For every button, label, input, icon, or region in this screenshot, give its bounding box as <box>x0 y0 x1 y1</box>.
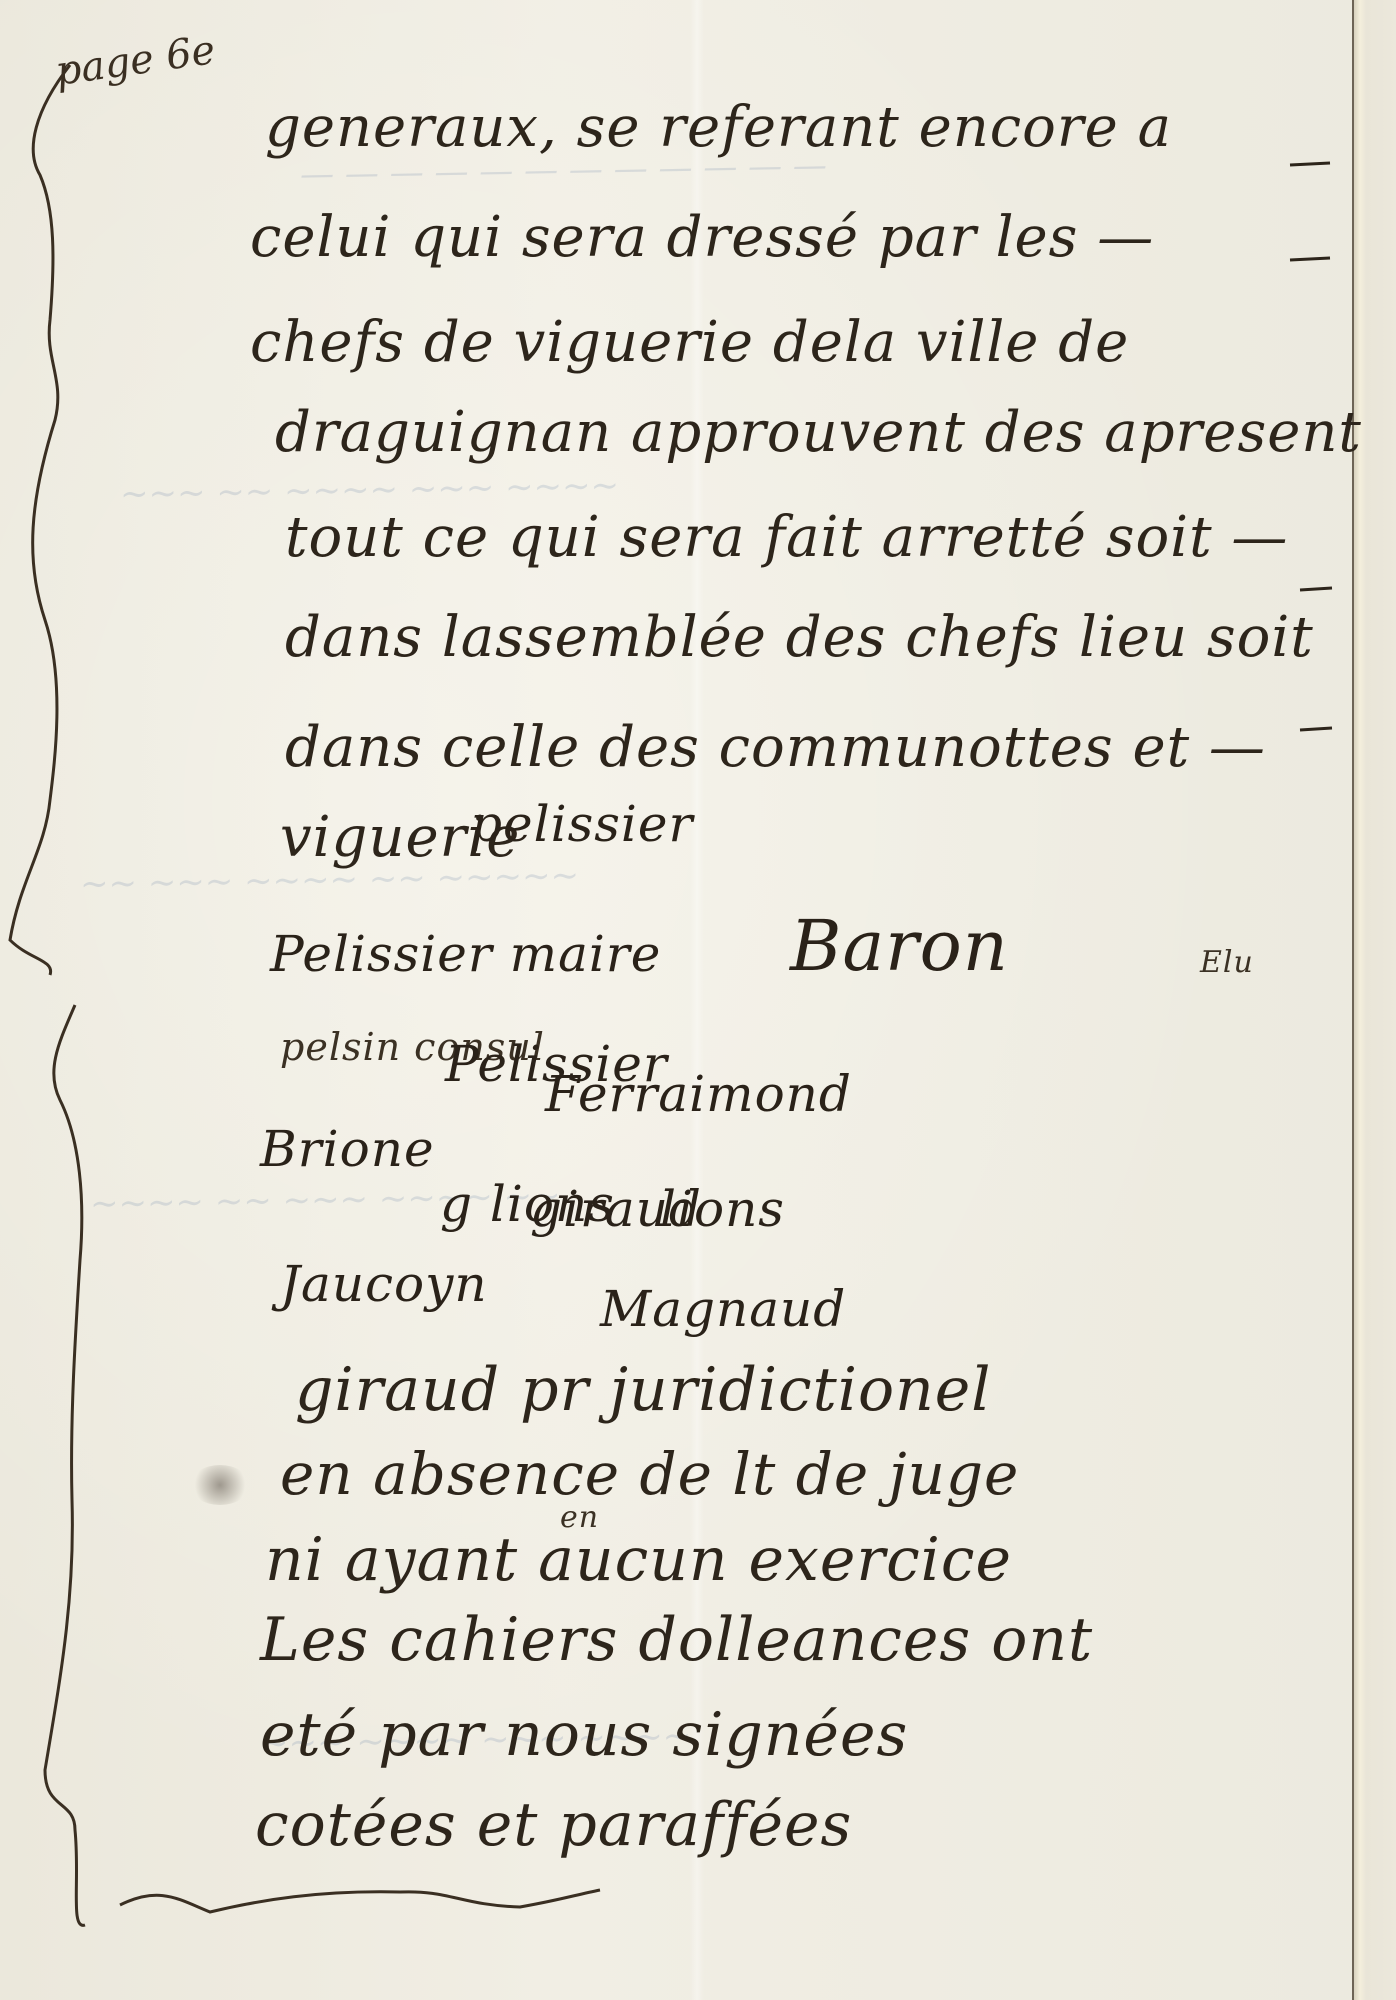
signature-jaucoyn: Jaucoyn <box>280 1255 488 1313</box>
body-line-3: chefs de viguerie dela ville de <box>250 310 1129 375</box>
signature-brione: Brione <box>260 1120 435 1178</box>
body-line-1: generaux, se referant encore a <box>265 95 1172 160</box>
closing-line-6: cotées et paraffées <box>255 1790 852 1860</box>
signature-magnaud: Magnaud <box>600 1280 846 1338</box>
body-line-6: dans lassemblée des chefs lieu soit <box>285 605 1314 670</box>
manuscript-page: — — — — — — — — — — — — ~~~ ~~ ~~~~ ~~~ … <box>0 0 1396 2000</box>
signature-ferraimond: Ferraimond <box>545 1065 852 1123</box>
body-line-4: draguignan approuvent des apresent <box>275 400 1362 465</box>
signature-lions: lions <box>660 1180 785 1238</box>
closing-line-2: en absence de lt de juge <box>280 1440 1019 1508</box>
signature-pelissier: pelissier <box>470 795 693 853</box>
closing-line-1: giraud pr juridictionel <box>295 1355 991 1425</box>
closing-line-3: ni ayant aucun exercice <box>265 1525 1012 1595</box>
closing-line-5: eté par nous signées <box>260 1700 908 1770</box>
closing-line-4: Les cahiers dolleances ont <box>260 1605 1093 1675</box>
body-line-5: tout ce qui sera fait arretté soit — <box>285 505 1288 570</box>
signature-baron: Baron <box>790 905 1009 987</box>
ink-smudge <box>190 1465 250 1505</box>
signature-pelissier-maire: Pelissier maire <box>270 925 661 983</box>
body-line-2: celui qui sera dressé par les — <box>250 205 1154 270</box>
body-line-7: dans celle des communottes et — <box>285 715 1266 780</box>
signature-elu: Elu <box>1200 945 1254 980</box>
